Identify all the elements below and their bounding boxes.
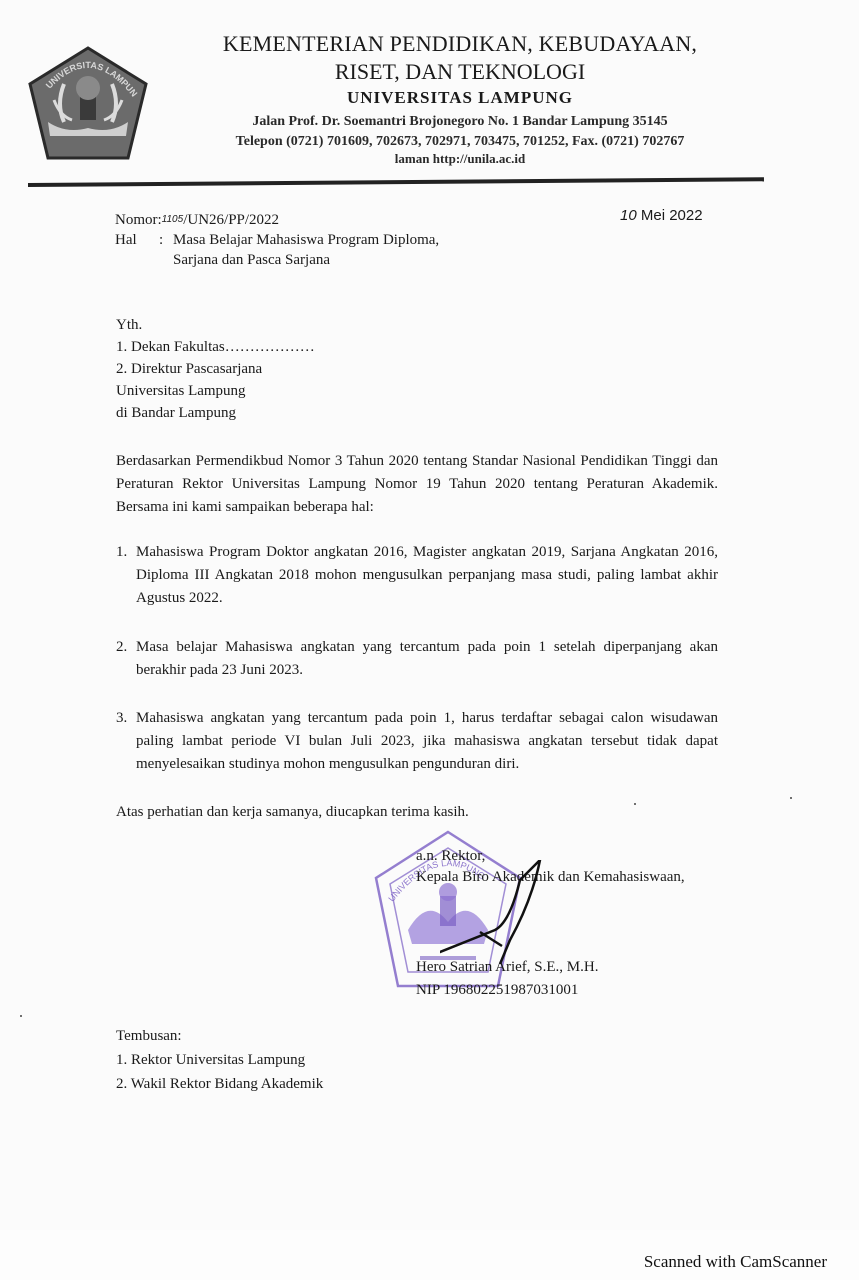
recipient-line: 1. Dekan Fakultas……………… — [116, 336, 315, 358]
hal-label: Hal — [115, 230, 159, 250]
letter-meta: Nomor:1105/UN26/PP/2022 Hal : Masa Belaj… — [115, 210, 439, 270]
nomor-label: Nomor — [115, 210, 158, 230]
point-number: 1. — [116, 541, 127, 564]
body-intro: Berdasarkan Permendikbud Nomor 3 Tahun 2… — [116, 450, 718, 519]
recipient-line: 2. Direktur Pascasarjana — [116, 358, 315, 380]
handwritten-signature-icon — [440, 860, 560, 970]
letterhead: KEMENTERIAN PENDIDIKAN, KEBUDAYAAN, RISE… — [180, 30, 740, 167]
point-2: 2. Masa belajar Mahasiswa angkatan yang … — [116, 636, 718, 682]
date-handwritten: 10 — [620, 207, 637, 224]
scan-speck — [20, 1015, 22, 1017]
nomor-row: Nomor:1105/UN26/PP/2022 — [115, 210, 439, 230]
point-text: Mahasiswa Program Doktor angkatan 2016, … — [136, 541, 718, 610]
hal-value-line2: Sarjana dan Pasca Sarjana — [173, 250, 330, 270]
ministry-name-line2: RISET, DAN TEKNOLOGI — [180, 58, 740, 85]
point-3: 3. Mahasiswa angkatan yang tercantum pad… — [116, 707, 718, 776]
camscanner-watermark: Scanned with CamScanner — [644, 1252, 827, 1272]
tembusan-label: Tembusan: — [116, 1024, 323, 1048]
date-value: Mei 2022 — [641, 207, 703, 224]
website: laman http://unila.ac.id — [180, 151, 740, 167]
recipient-line: di Bandar Lampung — [116, 402, 315, 424]
recipient-line: Yth. — [116, 314, 315, 336]
letter-date: 10 Mei 2022 — [620, 207, 703, 224]
point-number: 2. — [116, 636, 127, 659]
university-name: UNIVERSITAS LAMPUNG — [180, 85, 740, 111]
point-number: 3. — [116, 707, 127, 730]
address: Jalan Prof. Dr. Soemantri Brojonegoro No… — [180, 111, 740, 132]
university-logo-icon: UNIVERSITAS LAMPUNG — [26, 44, 150, 164]
ministry-name-line1: KEMENTERIAN PENDIDIKAN, KEBUDAYAAN, — [180, 30, 740, 58]
tembusan-block: Tembusan: 1. Rektor Universitas Lampung … — [116, 1024, 323, 1096]
signer-nip: NIP 196802251987031001 — [416, 979, 598, 1002]
hal-value-line1: Masa Belajar Mahasiswa Program Diploma, — [173, 230, 439, 250]
point-text: Mahasiswa angkatan yang tercantum pada p… — [136, 707, 718, 776]
recipient-block: Yth. 1. Dekan Fakultas……………… 2. Direktur… — [116, 314, 315, 424]
hal-row: Hal : Masa Belajar Mahasiswa Program Dip… — [115, 230, 439, 250]
closing-sentence: Atas perhatian dan kerja samanya, diucap… — [116, 804, 469, 821]
signer-name: Hero Satrian Arief, S.E., M.H. — [416, 956, 598, 979]
nomor-handwritten: 1105 — [162, 210, 184, 230]
tembusan-item: 2. Wakil Rektor Bidang Akademik — [116, 1072, 323, 1096]
recipient-line: Universitas Lampung — [116, 380, 315, 402]
tembusan-item: 1. Rektor Universitas Lampung — [116, 1048, 323, 1072]
nomor-value: /UN26/PP/2022 — [183, 210, 279, 230]
signer-details: Hero Satrian Arief, S.E., M.H. NIP 19680… — [416, 956, 598, 1002]
point-1: 1. Mahasiswa Program Doktor angkatan 201… — [116, 541, 718, 610]
scan-speck — [790, 797, 792, 799]
point-text: Masa belajar Mahasiswa angkatan yang ter… — [136, 636, 718, 682]
phone-fax: Telepon (0721) 701609, 702673, 702971, 7… — [180, 132, 740, 151]
scan-speck — [634, 803, 636, 805]
